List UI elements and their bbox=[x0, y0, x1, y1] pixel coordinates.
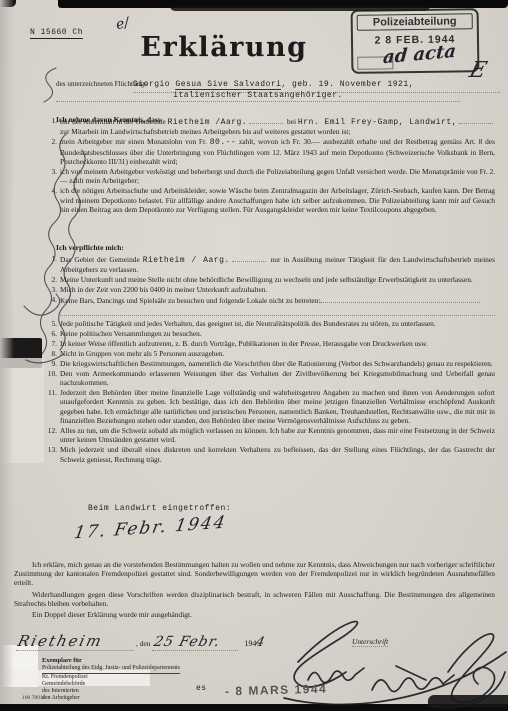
margin-handwriting bbox=[12, 54, 92, 374]
printed-text: In keiner Weise öffentlich aufzutreten, … bbox=[60, 339, 428, 348]
list-item-text: Jede politische Tätigkeit und jedes Verh… bbox=[60, 319, 495, 328]
list-item-number: 12. bbox=[44, 426, 57, 445]
closing-paragraph-2: Widerhandlungen gegen diese Vorschriften… bbox=[14, 590, 495, 608]
printed-text: Meine Unterkunft und meine Stelle nicht … bbox=[60, 275, 473, 284]
list-item: 3.ich von meinem Arbeitgeber verköstigt … bbox=[44, 167, 495, 186]
dotted-rule bbox=[60, 306, 495, 316]
copies-item-police: Polizeiabteilung des Eidg. Justiz- und P… bbox=[42, 665, 180, 674]
list-item: 9.Die kriegswirtschaftlichen Bestimmunge… bbox=[44, 359, 495, 368]
printed-text bbox=[232, 254, 266, 262]
printed-text: Die kriegswirtschaftlichen Bestimmungen,… bbox=[60, 359, 493, 368]
list-item: 11.Jederzeit den Behörden über meine fin… bbox=[44, 388, 495, 426]
typed-entry: Rietheim /Aarg. bbox=[168, 118, 248, 127]
list-item: 8.Nicht in Gruppen von mehr als 5 Person… bbox=[44, 349, 495, 358]
list-item: 4.ich die nötigen Arbeitsschuhe und Arbe… bbox=[44, 186, 495, 214]
copies-item-gemeinde: Gemeindebehörde bbox=[42, 681, 180, 688]
date-handwritten: 25 Febr. bbox=[152, 634, 242, 651]
list-item-number: 13. bbox=[44, 445, 57, 464]
list-item: 10.Den vom Armeekommando erlassenen Weis… bbox=[44, 369, 495, 388]
printed-text: Jederzeit den Behörden über meine finanz… bbox=[60, 388, 495, 425]
typed-entry: Hrn. Emil Frey-Gamp, Landwirt, bbox=[298, 118, 457, 127]
typed-entry: Rietheim / Aarg. bbox=[143, 256, 230, 265]
year-handwritten: 4 bbox=[255, 635, 266, 650]
list-item: 1.Das Gebiet der Gemeinde Rietheim / Aar… bbox=[44, 254, 495, 275]
list-item: 7.In keiner Weise öffentlich aufzutreten… bbox=[44, 339, 495, 348]
list-item: 5.Jede politische Tätigkeit und jedes Ve… bbox=[44, 319, 495, 328]
list-item-text: Mich in der Zeit von 2200 bis 0400 in me… bbox=[60, 285, 495, 294]
place-handwritten: Rietheim bbox=[16, 632, 139, 651]
copies-item-arbeitgeber: den Arbeitgeber bbox=[42, 695, 180, 702]
list-item-text: Jederzeit den Behörden über meine finanz… bbox=[60, 388, 495, 426]
list-item-text: In keiner Weise öffentlich aufzutreten, … bbox=[60, 339, 495, 348]
list-item: 4.Keine Bars, Dancings und Spielsäle zu … bbox=[44, 295, 495, 305]
printed-text bbox=[249, 116, 283, 124]
list-item-text: Nicht in Gruppen von mehr als 5 Personen… bbox=[60, 349, 495, 358]
list-item: 13.Mich jederzeit und überall eines disk… bbox=[44, 445, 495, 464]
list-item-text: mir der Aufenthalt in der Gemeinde Rieth… bbox=[60, 116, 495, 137]
list-item: 3.Mich in der Zeit von 2200 bis 0400 in … bbox=[44, 285, 495, 294]
list-item: 6.Keine politischen Versammlungen zu bes… bbox=[44, 329, 495, 338]
list-item-text: Keine politischen Versammlungen zu besuc… bbox=[60, 329, 495, 338]
list-item-text: Die kriegswirtschaftlichen Bestimmungen,… bbox=[60, 359, 495, 368]
typed-entry: 80.-- bbox=[210, 138, 237, 147]
printed-text: bei bbox=[285, 117, 298, 126]
closing-paragraph-1: Ich erkläre, mich genau an die vorstehen… bbox=[14, 560, 495, 588]
list-item-text: Meine Unterkunft und meine Stelle nicht … bbox=[60, 275, 495, 284]
list-item-text: mein Arbeitgeber mir einen Monatslohn vo… bbox=[60, 137, 495, 166]
typed-entry: Gesua Sive Salvadori bbox=[175, 80, 281, 90]
printed-text: ich von meinem Arbeitgeber verköstigt un… bbox=[60, 167, 495, 185]
den-label: , den bbox=[136, 639, 150, 648]
list-item-number: 11. bbox=[44, 388, 57, 426]
copies-list: Polizeiabteilung des Eidg. Justiz- und P… bbox=[42, 665, 180, 702]
printed-text: zur Mitarbeit im Landwirtschaftsbetrieb … bbox=[60, 127, 350, 136]
dotted-fill-line bbox=[320, 295, 480, 303]
printed-text bbox=[459, 116, 493, 124]
list-item: 1.mir der Aufenthalt in der Gemeinde Rie… bbox=[44, 116, 495, 137]
form-print-code: 100 78911 bbox=[22, 695, 45, 701]
copies-heading: Exemplare für bbox=[42, 657, 180, 664]
copies-item-internierter: des Internierten bbox=[42, 688, 180, 695]
list-item: 2.Meine Unterkunft und meine Stelle nich… bbox=[44, 275, 495, 284]
list-item: 12.Alles zu tun, um die Schweiz sobald a… bbox=[44, 426, 495, 445]
list-item-text: Keine Bars, Dancings und Spielsäle zu be… bbox=[60, 295, 495, 305]
arrival-label: Beim Landwirt eingetroffen: bbox=[88, 504, 231, 513]
place-date-line: Rietheim, den 25 Febr. 1944 bbox=[18, 632, 318, 651]
printed-text: Alles zu tun, um die Schweiz sobald als … bbox=[60, 426, 495, 444]
file-number-handwritten-mark: e/ bbox=[114, 15, 130, 33]
refugee-name-line: Giorgio Gesua Sive Salvadori, geb. 19. N… bbox=[133, 73, 500, 93]
nationality-line: italienischer Staatsangehöriger. bbox=[56, 91, 460, 102]
list-item-text: Das Gebiet der Gemeinde Rietheim / Aarg.… bbox=[60, 254, 495, 275]
printed-text: Keine Bars, Dancings und Spielsäle zu be… bbox=[60, 296, 320, 305]
list-item-text: ich die nötigen Arbeitsschuhe und Arbeit… bbox=[60, 186, 495, 214]
printed-text: Jede politische Tätigkeit und jedes Verh… bbox=[60, 319, 436, 328]
list-item-text: Mich jederzeit und überall eines diskret… bbox=[60, 445, 495, 464]
typed-note-es: es bbox=[196, 684, 207, 693]
typed-entry: Giorgio bbox=[133, 80, 175, 89]
list-item-text: Den vom Armeekommando erlassenen Weisung… bbox=[60, 369, 495, 388]
march-date-stamp: - 8 MARS 1944 bbox=[225, 682, 328, 699]
copies-item-kt: Kt. Fremdenpolizei bbox=[42, 674, 180, 681]
list-item-text: ich von meinem Arbeitgeber verköstigt un… bbox=[60, 167, 495, 186]
typed-entry: , geb. 19. November 1921, bbox=[281, 80, 414, 89]
printed-text: ich die nötigen Arbeitsschuhe und Arbeit… bbox=[60, 186, 495, 214]
obligations-list: 1.Das Gebiet der Gemeinde Rietheim / Aar… bbox=[44, 254, 495, 465]
received-stamp-office: Polizeiabteilung bbox=[357, 13, 473, 31]
arrival-date-handwritten: 17. Febr. 1944 bbox=[72, 513, 228, 544]
printed-text: Den vom Armeekommando erlassenen Weisung… bbox=[60, 369, 495, 387]
list-item-text: Alles zu tun, um die Schweiz sobald als … bbox=[60, 426, 495, 445]
acknowledge-list: 1.mir der Aufenthalt in der Gemeinde Rie… bbox=[44, 116, 495, 215]
printed-text: Mich jederzeit und überall eines diskret… bbox=[60, 445, 495, 463]
document-page: N 15660 Ch e/ Erklärung Polizeiabteilung… bbox=[0, 0, 508, 711]
list-item: 2.mein Arbeitgeber mir einen Monatslohn … bbox=[44, 137, 495, 166]
copies-block: Exemplare für Polizeiabteilung des Eidg.… bbox=[42, 657, 180, 702]
